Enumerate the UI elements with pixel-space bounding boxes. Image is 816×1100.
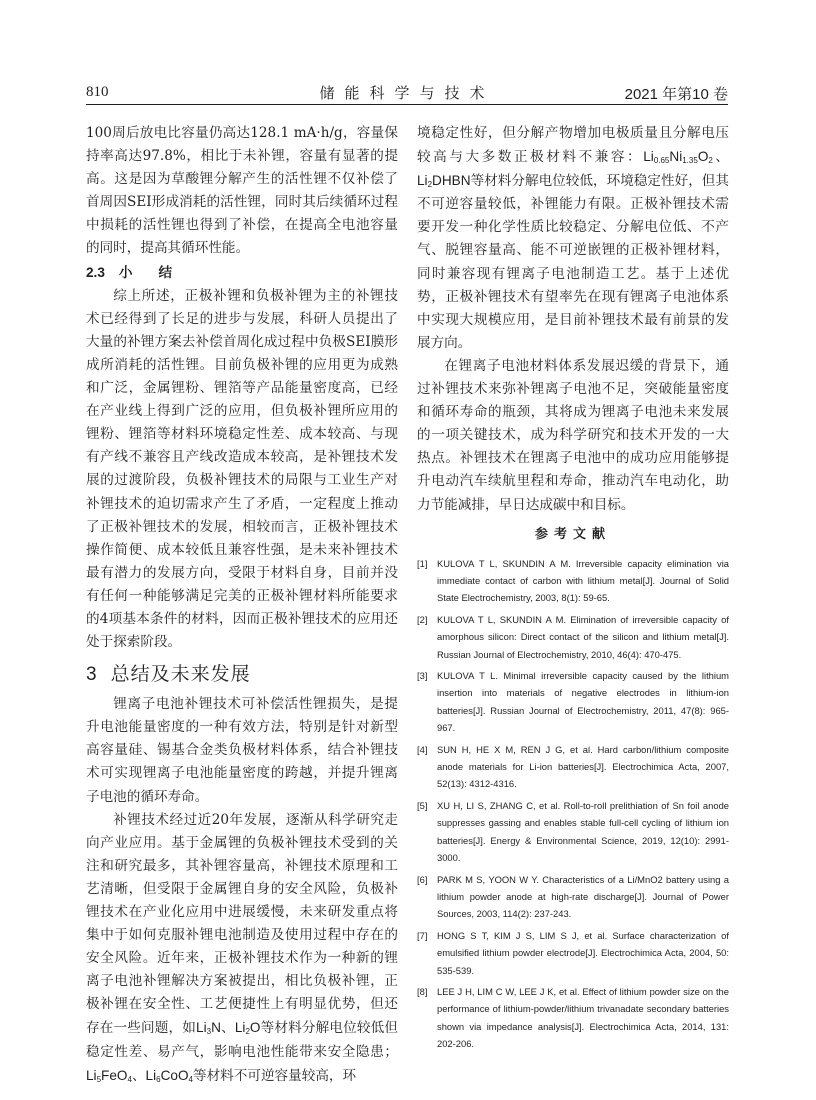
text-run: 等材料不可逆容量较高，环 [193,1068,356,1084]
reference-item: [8]LEE J H, LIM C W, LEE J K, et al. Eff… [417,983,729,1053]
volume-info: 2021 年第10 卷 [625,83,728,104]
reference-text: KULOVA T L. Minimal irreversible capacit… [437,670,729,733]
reference-item: [7]HONG S T, KIM J S, LIM S J, et al. Su… [417,927,729,979]
reference-number: [7] [417,927,427,944]
chem-formula: Li6CoO4 [146,1068,193,1083]
reference-item: [6]PARK M S, YOON W Y. Characteristics o… [417,871,729,923]
reference-number: [4] [417,741,427,758]
paragraph-conclusion-2: 补锂技术经过近20年发展，逐渐从科学研究走向产业应用。基于金属锂的负极补锂技术受… [86,809,398,1088]
text-run: 、 [713,149,729,165]
header-rule [86,104,728,105]
section-heading-2-3: 2.3小结 [86,261,398,285]
reference-item: [5]XU H, LI S, ZHANG C, et al. Roll-to-r… [417,797,729,867]
section-title: 总结及未来发展 [111,663,251,685]
text-run: 等材料分解电位较低，环境稳定性好，但其不可逆容量较低，补锂能力有限。正极补锂技术… [417,173,729,351]
paragraph-conclusion-1: 锂离子电池补锂技术可补偿活性锂损失，是提升电池能量密度的一种有效方法，特别是针对… [86,693,398,808]
reference-text: PARK M S, YOON W Y. Characteristics of a… [437,874,729,920]
references-heading: 参考文献 [417,525,729,545]
paragraph-continued: 境稳定性好，但分解产物增加电极质量且分解电压较高与大多数正极材料不兼容：Li0.… [417,122,729,355]
reference-text: LEE J H, LIM C W, LEE J K, et al. Effect… [437,986,729,1049]
reference-item: [1]KULOVA T L, SKUNDIN A M. Irreversible… [417,555,729,607]
reference-item: [4]SUN H, HE X M, REN J G, et al. Hard c… [417,741,729,793]
reference-text: HONG S T, KIM J S, LIM S J, et al. Surfa… [437,930,729,976]
reference-list: [1]KULOVA T L, SKUNDIN A M. Irreversible… [417,555,729,1053]
left-column: 100周后放电比容量仍高达128.1 mA·h/g，容量保持率高达97.8%，相… [86,122,398,1088]
running-header: 810 储能科学与技术 2021 年第10 卷 [86,82,728,104]
chem-formula: Li5FeO4 [86,1068,132,1083]
reference-text: KULOVA T L, SKUNDIN A M. Elimination of … [437,614,729,660]
reference-number: [5] [417,797,427,814]
reference-number: [3] [417,667,427,684]
chem-formula: Li2DHBN [417,173,471,188]
section-title-part: 结 [159,265,173,281]
chem-formula: Li2O [235,1020,261,1035]
reference-number: [8] [417,983,427,1000]
reference-number: [1] [417,555,427,572]
reference-text: SUN H, HE X M, REN J G, et al. Hard carb… [437,744,729,790]
text-run: 、 [132,1068,146,1084]
reference-number: [6] [417,871,427,888]
reference-text: XU H, LI S, ZHANG C, et al. Roll-to-roll… [437,800,729,863]
chem-formula: Li0.65Ni1.35O2 [643,149,713,164]
section-number: 3 [86,664,97,685]
reference-item: [3]KULOVA T L. Minimal irreversible capa… [417,667,729,737]
paragraph-capacity-result: 100周后放电比容量仍高达128.1 mA·h/g，容量保持率高达97.8%，相… [86,122,398,261]
section-number: 2.3 [86,265,105,280]
paragraph-summary: 综上所述，正极补锂和负极补锂为主的补锂技术已经得到了长足的进步与发展，科研人员提… [86,285,398,655]
text-run: 补锂技术经过近20年发展，逐渐从科学研究走向产业应用。基于金属锂的负极补锂技术受… [86,812,398,1037]
right-column: 境稳定性好，但分解产物增加电极质量且分解电压较高与大多数正极材料不兼容：Li0.… [417,122,729,1057]
reference-number: [2] [417,611,427,628]
section-title-part: 小 [119,265,133,281]
section-heading-3: 3总结及未来发展 [86,660,398,689]
reference-text: KULOVA T L, SKUNDIN A M. Irreversible ca… [437,558,729,604]
paragraph-outlook: 在锂离子电池材料体系发展迟缓的背景下，通过补锂技术来弥补锂离子电池不足，突破能量… [417,355,729,517]
reference-item: [2]KULOVA T L, SKUNDIN A M. Elimination … [417,611,729,663]
chem-formula: Li3N [196,1020,221,1035]
text-run: 、 [221,1020,235,1036]
